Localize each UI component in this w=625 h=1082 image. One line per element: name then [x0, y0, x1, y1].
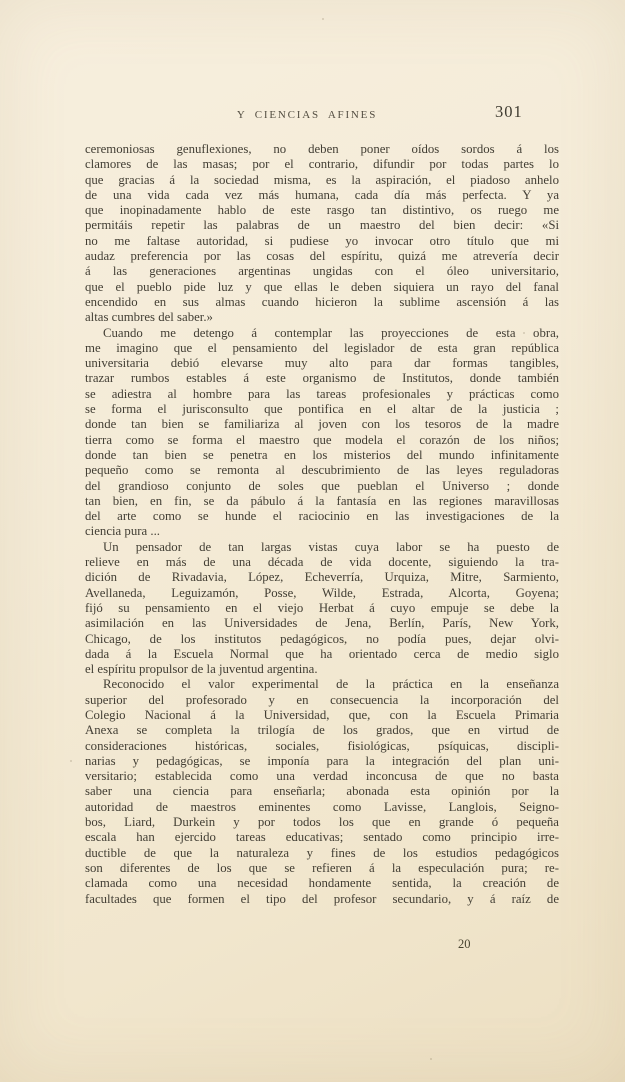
- text-line: que inopinadamente hablo de este rasgo t…: [85, 203, 559, 218]
- text-line: donde tan bien se penetra en los misteri…: [85, 448, 559, 463]
- text-line: del grandioso conjunto de soles que pueb…: [85, 479, 559, 494]
- text-line: Cuando me detengo á contemplar las proye…: [85, 326, 559, 341]
- paper-speck: [523, 332, 525, 334]
- text-line: superior del profesorado y en consecuenc…: [85, 693, 559, 708]
- text-line: del arte como se hunde el raciocinio en …: [85, 509, 559, 524]
- page-number: 301: [495, 102, 523, 122]
- text-line: Reconocido el valor experimental de la p…: [85, 677, 559, 692]
- text-line: facultades que formen el tipo del profes…: [85, 892, 559, 907]
- text-line: de una vida cada vez más humana, cada dí…: [85, 188, 559, 203]
- text-line: que el pueblo pide luz y que ellas le de…: [85, 280, 559, 295]
- text-line: se adiestra al hombre para las tareas pr…: [85, 387, 559, 402]
- text-line: que gracias á la sociedad misma, es la a…: [85, 173, 559, 188]
- text-line: saber una ciencia para enseñarla; abonad…: [85, 784, 559, 799]
- text-line: Avellaneda, Leguizamón, Posse, Wilde, Es…: [85, 586, 559, 601]
- text-line: narias y pedagógicas, se imponía para la…: [85, 754, 559, 769]
- paper-speck: [430, 1058, 432, 1060]
- paper-speck: [322, 18, 324, 20]
- signature-mark: 20: [458, 937, 471, 952]
- text-line: se forma el jurisconsulto que pontifica …: [85, 402, 559, 417]
- text-line: donde tan bien se familiariza al joven c…: [85, 417, 559, 432]
- paragraph: Cuando me detengo á contemplar las proye…: [85, 326, 559, 540]
- paragraph: Reconocido el valor experimental de la p…: [85, 677, 559, 906]
- paragraph: ceremoniosas genuflexiones, no deben pon…: [85, 142, 559, 326]
- text-line: permitáis repetir las palabras de un mae…: [85, 218, 559, 233]
- text-block: ceremoniosas genuflexiones, no deben pon…: [85, 142, 559, 907]
- text-line: tan bien, en fin, se da pábulo á la fant…: [85, 494, 559, 509]
- text-line: versitario; establecida como una verdad …: [85, 769, 559, 784]
- text-line: asimilación en las Universidades de Jena…: [85, 616, 559, 631]
- text-line: altas cumbres del saber.»: [85, 310, 559, 325]
- paragraph: Un pensador de tan largas vistas cuya la…: [85, 540, 559, 678]
- text-line: audaz preferencia por las cosas del espí…: [85, 249, 559, 264]
- text-line: á las generaciones argentinas ungidas co…: [85, 264, 559, 279]
- text-line: clamores de las masas; por el contrario,…: [85, 157, 559, 172]
- book-page: Y CIENCIAS AFINES 301 ceremoniosas genuf…: [0, 0, 625, 1082]
- text-line: fijó su pensamiento en el viejo Herbat á…: [85, 601, 559, 616]
- text-line: autoridad de maestros eminentes como Lav…: [85, 800, 559, 815]
- text-line: me imagino que el pensamiento del legisl…: [85, 341, 559, 356]
- text-line: Un pensador de tan largas vistas cuya la…: [85, 540, 559, 555]
- text-line: ceremoniosas genuflexiones, no deben pon…: [85, 142, 559, 157]
- text-line: ciencia pura ...: [85, 524, 559, 539]
- text-line: ductible de que la naturaleza y fines de…: [85, 846, 559, 861]
- text-line: trazar rumbos estables á este organismo …: [85, 371, 559, 386]
- text-line: clamada como una necesidad hondamente se…: [85, 876, 559, 891]
- text-line: pequeño como se remonta al descubrimient…: [85, 463, 559, 478]
- text-line: bos, Liard, Durkein y por todos los que …: [85, 815, 559, 830]
- text-line: encendido en sus almas cuando hicieron l…: [85, 295, 559, 310]
- paper-speck: [70, 760, 72, 762]
- text-line: escala han ejercido tareas educativas; s…: [85, 830, 559, 845]
- text-line: Colegio Nacional á la Universidad, que, …: [85, 708, 559, 723]
- text-line: consideraciones históricas, sociales, fi…: [85, 739, 559, 754]
- text-line: Anexa se completa la trilogía de los gra…: [85, 723, 559, 738]
- text-line: tierra como se forma el maestro que mode…: [85, 433, 559, 448]
- text-line: Chicago, de los institutos pedagógicos, …: [85, 632, 559, 647]
- text-line: el espíritu propulsor de la juventud arg…: [85, 662, 559, 677]
- text-line: relieve en más de una década de vida doc…: [85, 555, 559, 570]
- text-line: no me faltase autoridad, si pudiese yo i…: [85, 234, 559, 249]
- text-line: dición de Rivadavia, López, Echeverría, …: [85, 570, 559, 585]
- text-line: dada á la Escuela Normal que ha orientad…: [85, 647, 559, 662]
- text-line: son diferentes de los que se refieren á …: [85, 861, 559, 876]
- text-line: universitaria debió elevarse muy alto pa…: [85, 356, 559, 371]
